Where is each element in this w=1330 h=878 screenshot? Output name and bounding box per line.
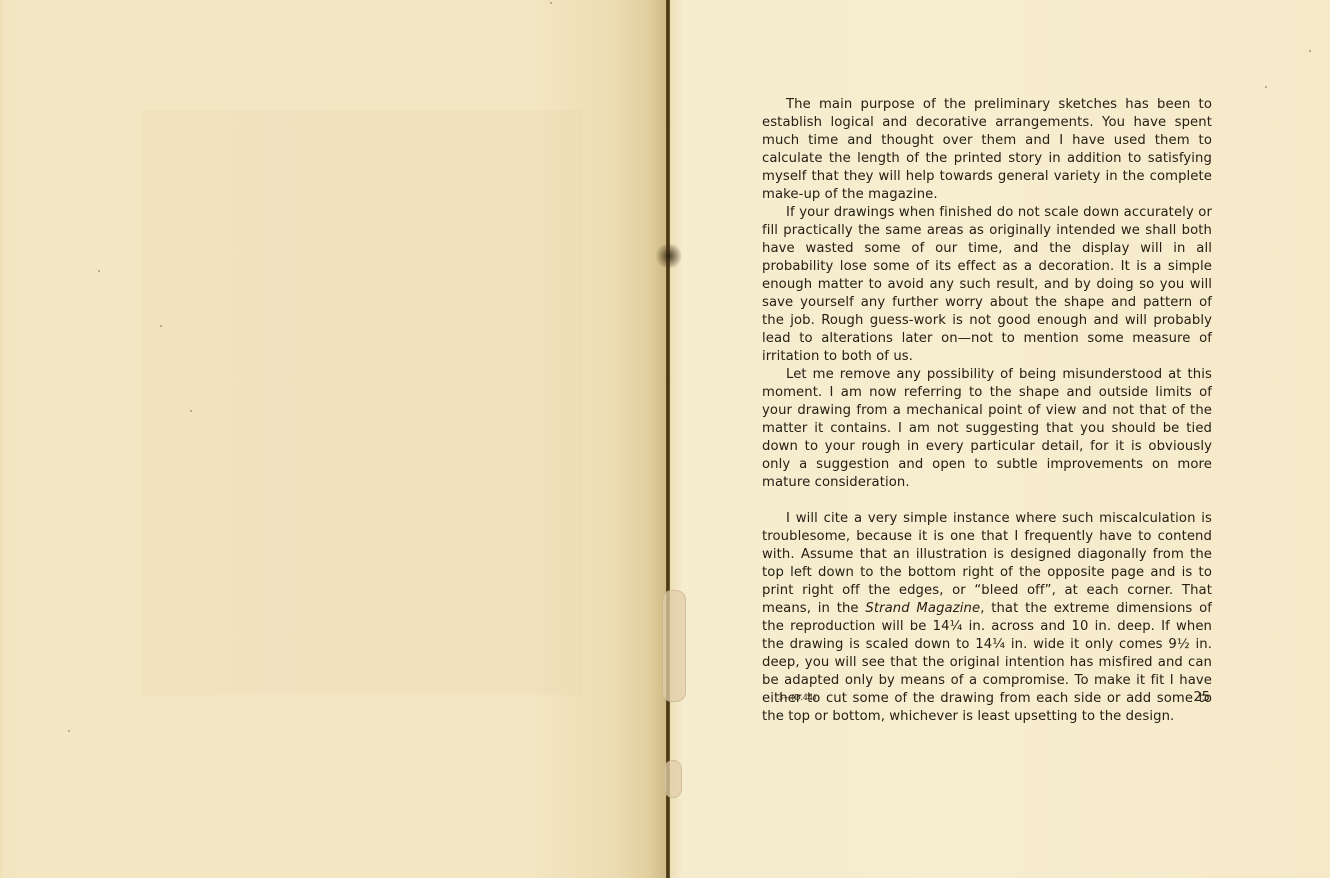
paper-speck <box>68 730 70 732</box>
spine-repair-tape <box>662 590 686 702</box>
paragraph-3: Let me remove any possibility of being m… <box>762 366 1212 492</box>
printer-signature-mark: 3—(D.44) <box>778 693 816 702</box>
book-spread: The main purpose of the preliminary sket… <box>0 0 1330 878</box>
paper-speck <box>1309 50 1311 52</box>
paper-speck <box>550 2 552 4</box>
spine-ink-stain <box>654 244 684 268</box>
page-footer: 3—(D.44) 25 <box>778 690 1210 708</box>
paragraph-1: The main purpose of the preliminary sket… <box>762 96 1212 204</box>
book-spine <box>666 0 670 878</box>
body-text: The main purpose of the preliminary sket… <box>762 96 1212 726</box>
paper-speck <box>1265 86 1267 88</box>
paper-speck <box>160 325 162 327</box>
paper-speck <box>98 270 100 272</box>
paragraph-2: If your drawings when finished do not sc… <box>762 204 1212 366</box>
left-page-showthrough <box>142 110 582 695</box>
spine-repair-tape <box>664 760 682 798</box>
paper-speck <box>190 410 192 412</box>
left-page-edge <box>0 0 6 878</box>
left-page-blank <box>0 0 668 878</box>
page-number: 25 <box>1193 690 1210 705</box>
magazine-title: Strand Magazine <box>865 601 980 616</box>
